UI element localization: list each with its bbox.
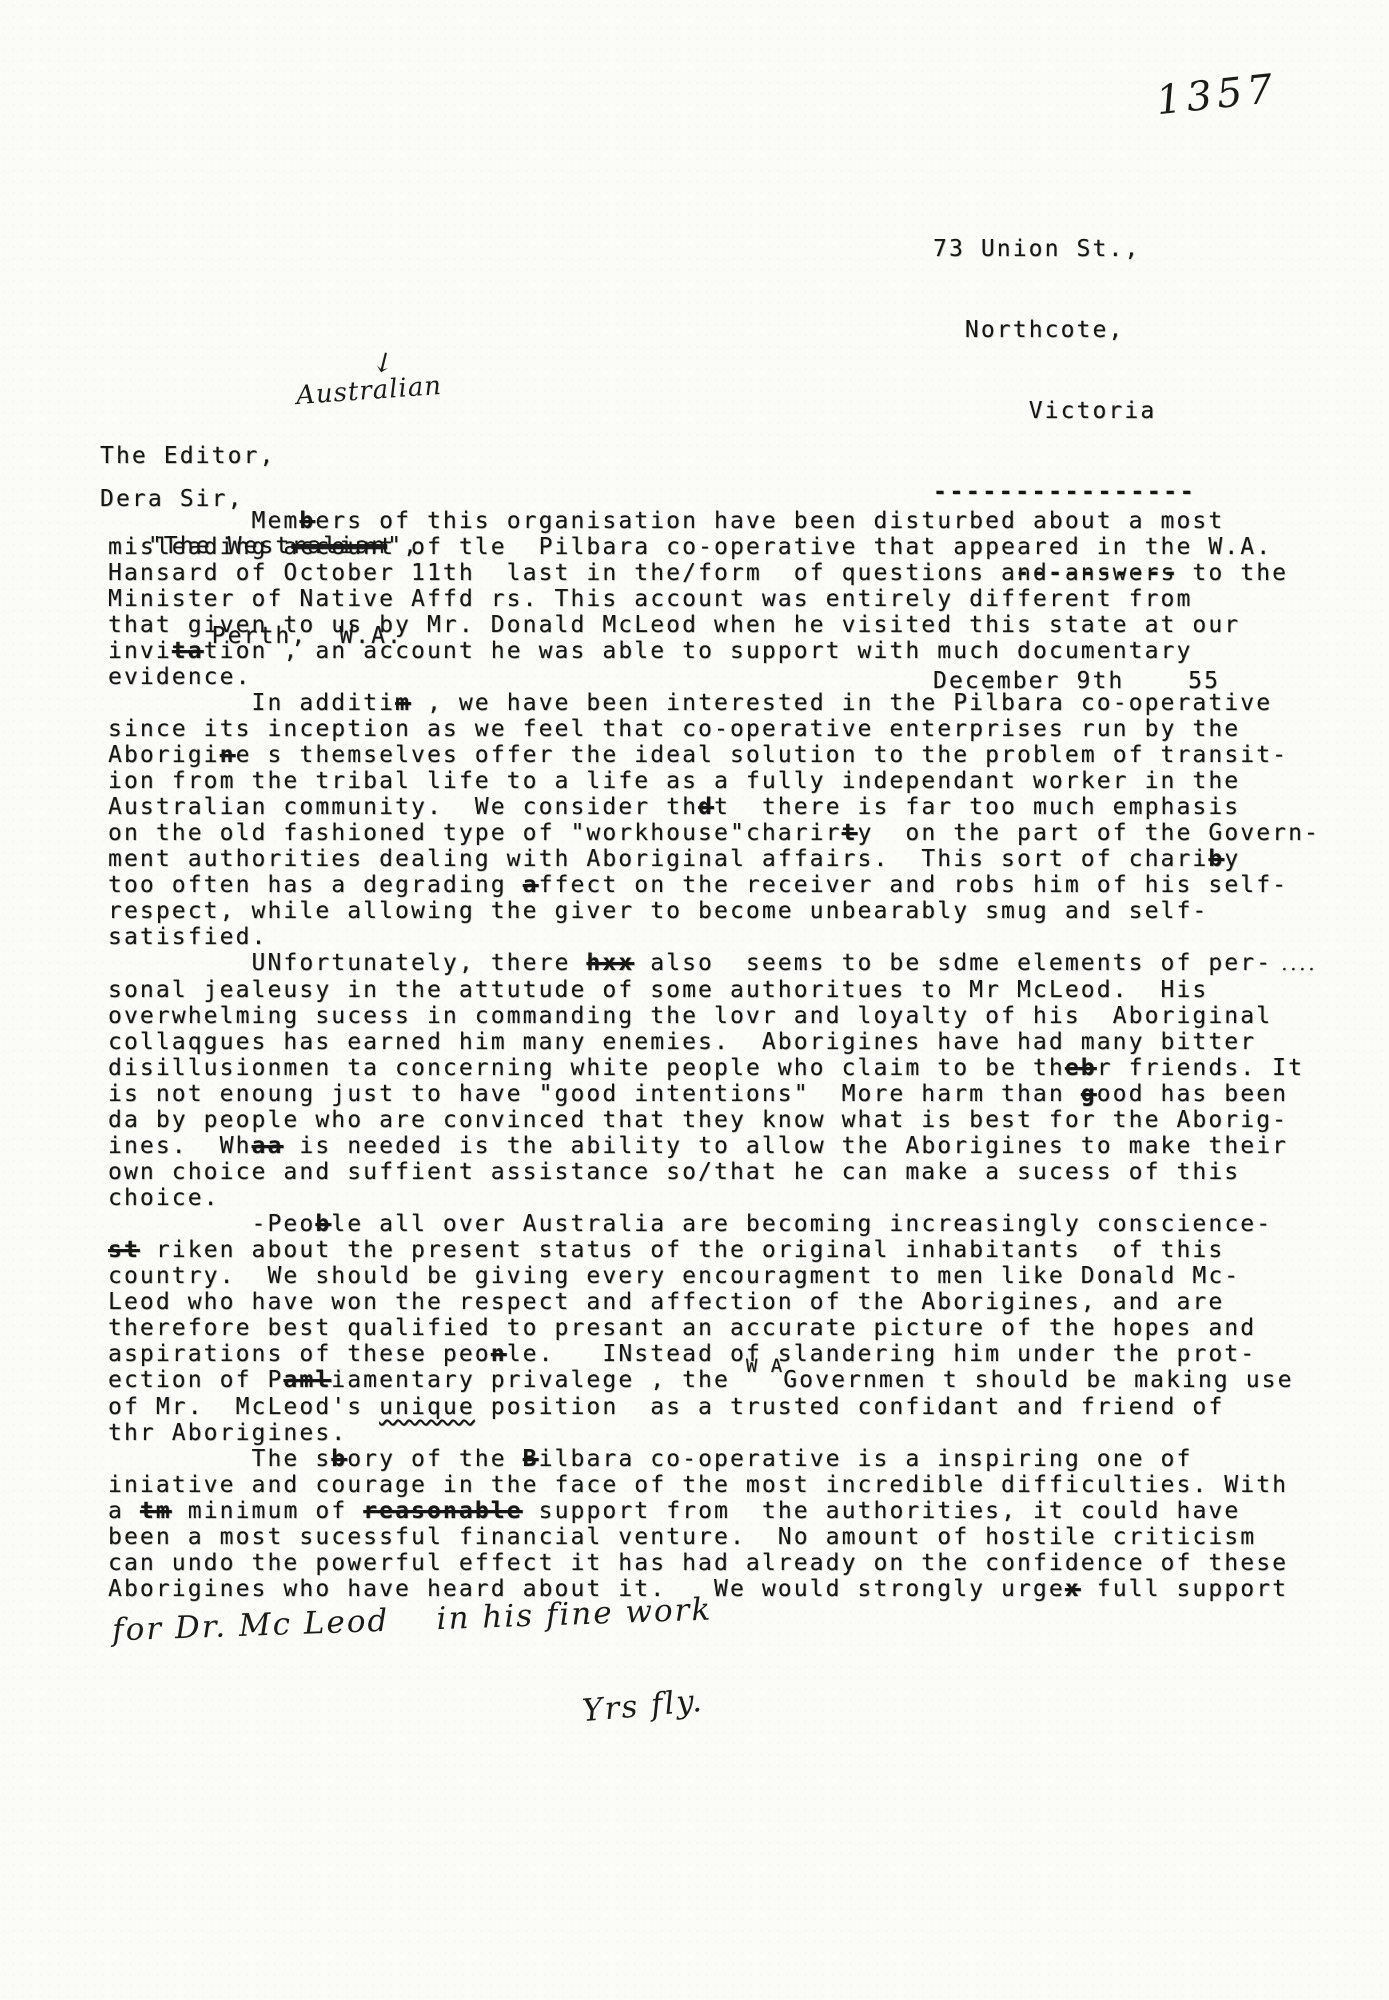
typed-text: ory of the: [347, 1446, 522, 1472]
overtyped-struck-text: b: [331, 1446, 347, 1472]
overtyped-struck-text: b: [315, 1211, 331, 1237]
typed-divider-dashes: ----------------: [933, 479, 1220, 506]
overtyped-struck-text: a: [523, 872, 539, 898]
typed-text: is needed is the ability to allow the Ab…: [108, 1133, 1288, 1211]
handwritten-scan-number: 1357: [1154, 66, 1280, 124]
overtyped-struck-text: t: [842, 820, 858, 846]
overtyped-struck-text: st: [108, 1237, 140, 1263]
typed-insertion-above-line: W A: [746, 1353, 783, 1379]
overtyped-struck-text: d: [698, 794, 714, 820]
typed-text: tion , an account he was able to support…: [108, 638, 1192, 690]
paragraph-5: The sbory of the Bilbara co-operative is…: [108, 1446, 1380, 1602]
handwritten-insertion-word: Australian: [295, 371, 443, 411]
paragraph-2: In additim , we have been interested in …: [108, 690, 1380, 950]
sender-suburb: Northcote,: [933, 317, 1220, 344]
hand-underlined-text: unique: [379, 1394, 475, 1420]
paragraph-3: UNfortunately, there hxx also seems to b…: [108, 950, 1380, 1211]
typed-text: minimum of: [172, 1498, 363, 1524]
typed-text: full support: [1081, 1576, 1288, 1602]
paragraph-1: Members of this organisation have been d…: [108, 508, 1380, 690]
overtyped-struck-text: reasonable: [363, 1498, 522, 1524]
overtyped-struck-text: g: [1081, 1081, 1097, 1107]
overtyped-struck-text: hxx: [586, 950, 634, 976]
typed-text: iamentary privalege , the: [331, 1367, 746, 1393]
handwritten-dots: ....: [1272, 953, 1317, 975]
overtyped-struck-text: B: [523, 1446, 539, 1472]
letter-body: Members of this organisation have been d…: [108, 508, 1380, 1602]
paragraph-4: -Peoble all over Australia are becoming …: [108, 1211, 1380, 1446]
typed-text: also seems to be sdme elements of per-: [634, 950, 1272, 976]
overtyped-struck-text: aml: [283, 1367, 331, 1393]
typed-text: Mem: [108, 508, 299, 534]
overtyped-struck-text: m: [395, 690, 411, 716]
overtyped-struck-text: aa: [252, 1133, 284, 1159]
overtyped-struck-text: eb: [1065, 1055, 1097, 1081]
overtyped-struck-text: ta: [172, 638, 204, 664]
overtyped-struck-text: b: [1208, 846, 1224, 872]
typed-text: le all over Australia are becoming incre…: [331, 1211, 1272, 1237]
overtyped-struck-text: tm: [140, 1498, 172, 1524]
sender-street: 73 Union St.,: [933, 236, 1220, 263]
sender-state: Victoria: [933, 398, 1220, 425]
typed-text: In additi: [108, 690, 395, 716]
letter-page: 1357 73 Union St., Northcote, Victoria -…: [0, 0, 1389, 2000]
typed-text: UNfortunately, there: [108, 950, 586, 976]
overtyped-struck-text: b: [299, 508, 315, 534]
handwritten-valediction: Yrs fly.: [581, 1683, 705, 1729]
overtyped-struck-text: n: [491, 1341, 507, 1367]
overtyped-struck-text: n: [220, 742, 236, 768]
typed-text: -Peo: [108, 1211, 315, 1237]
overtyped-struck-text: x: [1065, 1576, 1081, 1602]
recipient-title: The Editor,: [100, 441, 419, 471]
typed-text: The s: [108, 1446, 331, 1472]
